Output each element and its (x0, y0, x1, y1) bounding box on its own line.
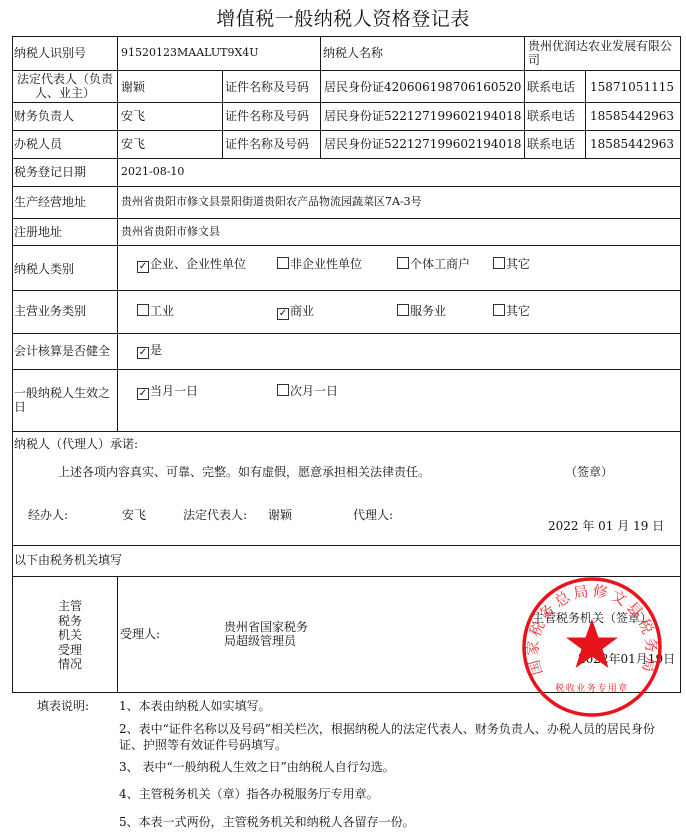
effective-date-option[interactable]: 次月一日 (277, 384, 338, 398)
note-item: 4、主管税务机关（章）指各办税服务厅专用章。 (119, 787, 379, 801)
row-divider (12, 431, 680, 432)
col-divider (524, 36, 525, 158)
reg-date-value: 2021-08-10 (121, 165, 184, 179)
reg-address-value: 贵州省贵阳市修文县 (121, 225, 220, 239)
row-divider (12, 218, 680, 219)
accounting-label: 会计核算是否健全 (14, 344, 110, 358)
table-border (12, 36, 13, 693)
pledge-legal-rep-label: 法定代表人: (183, 508, 247, 522)
finance-phone-value: 18585442963 (590, 109, 674, 123)
option-label: 当月一日 (150, 384, 198, 398)
table-border (12, 36, 680, 37)
taxpayer-name-label: 纳税人名称 (323, 46, 383, 60)
accounting-option[interactable]: ✓是 (137, 343, 162, 359)
col-divider (117, 36, 118, 431)
taxpayer-id-label: 纳税人识别号 (14, 46, 86, 60)
row-divider (12, 102, 680, 103)
reg-date-label: 税务登记日期 (14, 165, 86, 179)
option-label: 是 (150, 343, 162, 357)
finance-cert-label: 证件名称及号码 (225, 109, 309, 123)
option-label: 其它 (506, 304, 530, 318)
note-item: 1、本表由纳税人如实填写。 (119, 699, 271, 713)
col-divider (222, 70, 223, 158)
finance-label: 财务负责人 (14, 109, 74, 123)
pledge-statement: 上述各项内容真实、可靠、完整。如有虚假，愿意承担相关法律责任。 (58, 465, 430, 479)
receiver-label: 受理人: (120, 627, 160, 641)
option-label: 商业 (290, 304, 314, 318)
checkbox-icon[interactable] (137, 304, 149, 316)
finance-cert-value: 居民身份证522127199602194018 (324, 109, 521, 123)
legal-rep-cert-value: 居民身份证420606198706160520 (324, 80, 521, 94)
checkbox-icon[interactable] (277, 384, 289, 396)
taxpayer-id-value: 91520123MAALUT9X4U (121, 46, 259, 60)
note-item: 5、本表一式两份，主管税务机关和纳税人各留存一份。 (119, 815, 415, 829)
pledge-legal-rep-value: 谢颖 (268, 508, 292, 522)
handler-label: 经办人: (28, 508, 68, 522)
business-type-option[interactable]: 其它 (493, 304, 530, 318)
row-divider (12, 245, 680, 246)
tax-officer-label: 办税人员 (14, 137, 62, 151)
handler-value: 安飞 (122, 508, 146, 522)
effective-date-option[interactable]: ✓当月一日 (137, 384, 198, 400)
tax-officer-phone-label: 联系电话 (527, 137, 575, 151)
tax-officer-name: 安飞 (121, 137, 145, 151)
note-item: 2、表中“证件名称以及号码”相关栏次，根据纳税人的法定代表人、财务负责人、办税人… (119, 721, 675, 753)
option-label: 服务业 (410, 304, 446, 318)
legal-rep-phone-label: 联系电话 (527, 80, 575, 94)
effective-date-label: 一般纳税人生效之日 (14, 386, 114, 414)
checkbox-checked-icon[interactable]: ✓ (137, 347, 149, 359)
row-divider (12, 158, 680, 159)
option-label: 个体工商户 (410, 257, 470, 271)
finance-name: 安飞 (121, 109, 145, 123)
col-divider (117, 576, 118, 692)
row-divider (12, 130, 680, 131)
notes-heading: 填表说明: (37, 699, 89, 713)
table-border (680, 36, 681, 693)
checkbox-checked-icon[interactable]: ✓ (137, 261, 149, 273)
receiver-value: 贵州省国家税务局超级管理员 (224, 620, 310, 648)
taxpayer-type-option[interactable]: ✓企业、企业性单位 (137, 257, 246, 273)
checkbox-icon[interactable] (493, 257, 505, 269)
stamp-star-icon (566, 619, 618, 668)
authority-section-label: 主管 税务 机关 受理 情况 (52, 599, 88, 672)
business-type-label: 主营业务类别 (14, 304, 86, 318)
option-label: 工业 (150, 304, 174, 318)
taxpayer-type-option[interactable]: 非企业性单位 (277, 257, 362, 271)
row-divider (12, 369, 680, 370)
pledge-date: 2022 年 01 月 19 日 (548, 519, 664, 533)
taxpayer-type-option[interactable]: 其它 (493, 257, 530, 271)
reg-address-label: 注册地址 (14, 225, 62, 239)
checkbox-icon[interactable] (277, 257, 289, 269)
option-label: 其它 (506, 257, 530, 271)
taxpayer-type-option[interactable]: 个体工商户 (397, 257, 470, 271)
taxpayer-name-value: 贵州优润达农业发展有限公司 (528, 39, 678, 67)
row-divider (12, 333, 680, 334)
biz-address-value: 贵州省贵阳市修文县景阳街道贵阳农产品物流园蔬菜区7A-3号 (121, 195, 422, 209)
form-title: 增值税一般纳税人资格登记表 (0, 4, 686, 31)
option-label: 次月一日 (290, 384, 338, 398)
legal-rep-name: 谢颖 (121, 80, 145, 94)
tax-officer-cert-value: 居民身份证522127199602194018 (324, 137, 521, 151)
authority-heading: 以下由税务机关填写 (14, 553, 122, 567)
finance-phone-label: 联系电话 (527, 109, 575, 123)
tax-officer-cert-label: 证件名称及号码 (225, 137, 309, 151)
checkbox-icon[interactable] (397, 257, 409, 269)
legal-rep-phone-value: 15871051115 (590, 80, 674, 94)
pledge-heading: 纳税人（代理人）承诺: (14, 437, 138, 451)
svg-text:税收业务专用章: 税收业务专用章 (555, 682, 629, 694)
taxpayer-type-label: 纳税人类别 (14, 262, 74, 276)
business-type-option[interactable]: 服务业 (397, 304, 446, 318)
option-label: 非企业性单位 (290, 257, 362, 271)
legal-rep-cert-label: 证件名称及号码 (225, 80, 309, 94)
agent-label: 代理人: (353, 508, 393, 522)
official-stamp: 国家税务总局修文县税务局 税收业务专用章 (518, 573, 666, 721)
checkbox-icon[interactable] (493, 304, 505, 316)
business-type-option[interactable]: ✓商业 (277, 304, 314, 320)
col-divider (320, 36, 321, 158)
tax-officer-phone-value: 18585442963 (590, 137, 674, 151)
pledge-seal: （签章） (565, 465, 613, 479)
note-item: 3、 表中“一般纳税人生效之日”由纳税人自行勾选。 (119, 760, 395, 774)
row-divider (12, 70, 680, 71)
legal-rep-label: 法定代表人（负责人、业主） (14, 72, 116, 100)
business-type-option[interactable]: 工业 (137, 304, 174, 318)
checkbox-icon[interactable] (397, 304, 409, 316)
row-divider (12, 186, 680, 187)
row-divider (12, 545, 680, 546)
row-divider (12, 290, 680, 291)
col-divider (585, 70, 586, 158)
checkbox-checked-icon[interactable]: ✓ (277, 308, 289, 320)
biz-address-label: 生产经营地址 (14, 195, 86, 209)
option-label: 企业、企业性单位 (150, 257, 246, 271)
checkbox-checked-icon[interactable]: ✓ (137, 388, 149, 400)
